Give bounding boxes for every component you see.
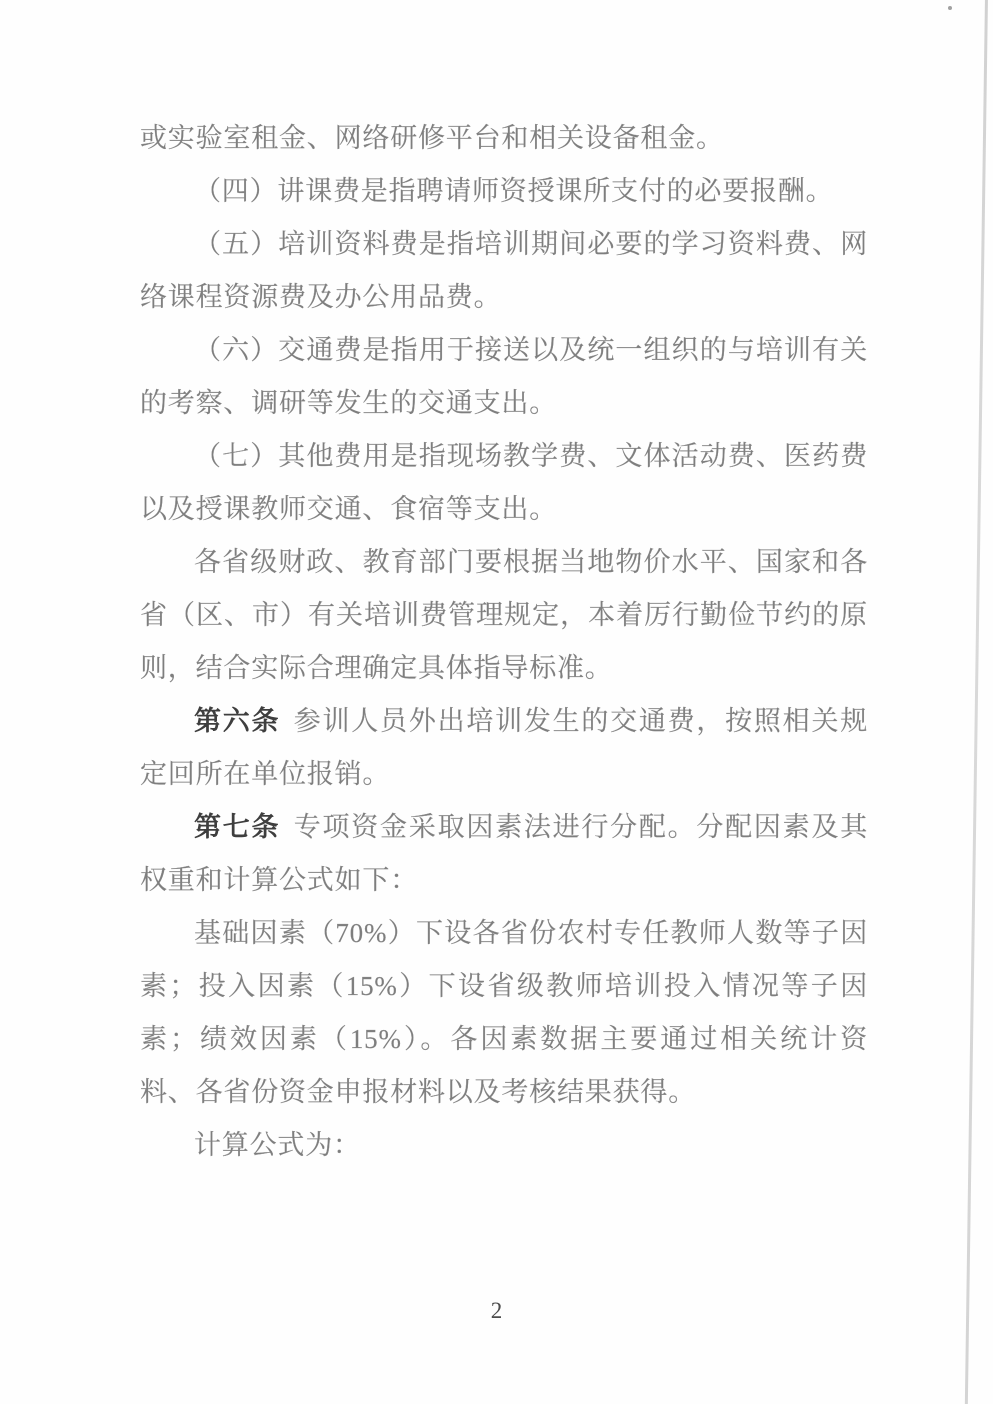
paragraph-factors: 基础因素（70%）下设各省份农村专任教师人数等子因素；投入因素（15%）下设省级… bbox=[140, 907, 868, 1119]
paragraph-item-5: （五）培训资料费是指培训期间必要的学习资料费、网络课程资源费及办公用品费。 bbox=[140, 218, 868, 324]
paragraph-item-4: （四）讲课费是指聘请师资授课所支付的必要报酬。 bbox=[140, 165, 868, 218]
paragraph-continuation: 或实验室租金、网络研修平台和相关设备租金。 bbox=[140, 112, 868, 165]
scan-artifact-line bbox=[965, 0, 988, 1404]
paragraph-article-7: 第七条专项资金采取因素法进行分配。分配因素及其权重和计算公式如下： bbox=[140, 801, 868, 907]
page-footer: 2 bbox=[0, 1298, 993, 1324]
page-number: 2 bbox=[491, 1298, 503, 1323]
document-body: 或实验室租金、网络研修平台和相关设备租金。 （四）讲课费是指聘请师资授课所支付的… bbox=[140, 112, 868, 1172]
paragraph-article-6: 第六条参训人员外出培训发生的交通费，按照相关规定回所在单位报销。 bbox=[140, 695, 868, 801]
article-7-heading: 第七条 bbox=[194, 812, 280, 842]
paragraph-item-7: （七）其他费用是指现场教学费、文体活动费、医药费以及授课教师交通、食宿等支出。 bbox=[140, 430, 868, 536]
document-page: 或实验室租金、网络研修平台和相关设备租金。 （四）讲课费是指聘请师资授课所支付的… bbox=[0, 0, 993, 1404]
paragraph-formula-intro: 计算公式为： bbox=[140, 1119, 868, 1172]
article-6-heading: 第六条 bbox=[194, 706, 280, 736]
scan-artifact-speck bbox=[948, 6, 952, 10]
paragraph-provincial-standards: 各省级财政、教育部门要根据当地物价水平、国家和各省（区、市）有关培训费管理规定，… bbox=[140, 536, 868, 695]
paragraph-item-6: （六）交通费是指用于接送以及统一组织的与培训有关的考察、调研等发生的交通支出。 bbox=[140, 324, 868, 430]
